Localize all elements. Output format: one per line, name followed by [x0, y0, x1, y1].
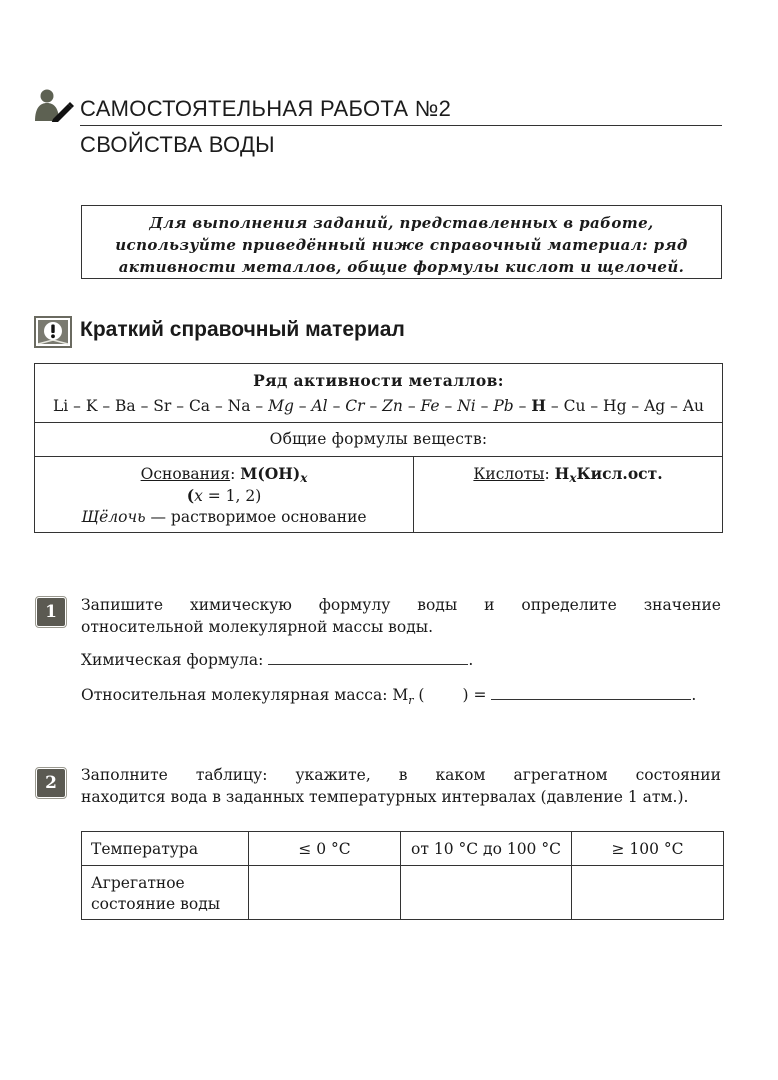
- metal-symbol: Ca: [189, 397, 210, 415]
- task-2-text: Заполнитетаблицу:укажите,вкакомагрегатно…: [81, 764, 721, 808]
- answer-cell[interactable]: [572, 866, 724, 920]
- task-number-badge: 1: [37, 598, 65, 626]
- word: Запишите: [81, 594, 163, 616]
- metal-symbol: Fe: [421, 397, 440, 415]
- series-separator: –: [210, 397, 228, 415]
- metal-symbol: Hg: [603, 397, 626, 415]
- paren-open: (: [414, 686, 425, 704]
- acids-formula: Кислоты: HxКисл.ост.: [414, 464, 722, 485]
- table-row: Агрегатное состояние воды: [82, 866, 724, 920]
- metal-symbol: Sr: [153, 397, 171, 415]
- instructions-line: Для выполнения заданий, представленных в…: [82, 212, 721, 234]
- table-header-row: Температура ≤ 0 °C от 10 °C до 100 °C ≥ …: [82, 832, 724, 866]
- table-header-cell: ≤ 0 °C: [249, 832, 401, 866]
- section-heading: Краткий справочный материал: [80, 318, 405, 342]
- answer-cell[interactable]: [249, 866, 401, 920]
- series-separator: –: [403, 397, 421, 415]
- word: и: [484, 594, 494, 616]
- word: укажите,: [295, 764, 370, 786]
- task-number-badge: 2: [37, 769, 65, 797]
- series-separator: –: [328, 397, 346, 415]
- metal-symbol: Pb: [493, 397, 513, 415]
- instructions-box: Для выполнения заданий, представленных в…: [81, 205, 722, 279]
- table-header-cell: от 10 °C до 100 °C: [401, 832, 572, 866]
- student-writing-icon: [33, 88, 75, 122]
- metal-symbol: Ni: [457, 397, 476, 415]
- metal-symbol: Mg: [268, 397, 294, 415]
- instructions-text: Для выполнения заданий, представленных в…: [82, 212, 721, 278]
- acids-cell: Кислоты: HxКисл.ост.: [414, 457, 722, 532]
- series-separator: –: [585, 397, 603, 415]
- reference-table: Ряд активности металлов: Li – K – Ba – S…: [34, 363, 723, 533]
- row-label-cell: Агрегатное состояние воды: [82, 866, 249, 920]
- formula-field-label: Химическая формула:: [81, 651, 263, 669]
- activity-series-caption: Ряд активности металлов:: [35, 371, 722, 390]
- title-divider: [80, 125, 722, 126]
- series-separator: –: [665, 397, 683, 415]
- metal-symbol: Na: [228, 397, 251, 415]
- bases-label: Основания: [141, 465, 230, 483]
- task-1-text: Запишитехимическуюформулуводыиопределите…: [81, 594, 721, 638]
- bases-subscript: x: [300, 471, 307, 485]
- answer-cell[interactable]: [401, 866, 572, 920]
- row-label-line: Агрегатное: [91, 873, 248, 894]
- instructions-line: активности металлов, общие формулы кисло…: [82, 256, 721, 278]
- task-2-line-1: Заполнитетаблицу:укажите,вкакомагрегатно…: [81, 764, 721, 786]
- formula-answer-blank[interactable]: [268, 650, 468, 665]
- activity-series: Li – K – Ba – Sr – Ca – Na – Mg – Al – C…: [35, 396, 722, 415]
- metal-symbol: H: [531, 396, 546, 415]
- series-separator: –: [68, 397, 86, 415]
- mass-field-label: Относительная молекулярная масса: M: [81, 686, 408, 704]
- word: Заполните: [81, 764, 168, 786]
- word: значение: [644, 594, 721, 616]
- colon: :: [230, 465, 240, 483]
- acids-label: Кислоты: [473, 465, 544, 483]
- period: .: [468, 651, 473, 669]
- metal-symbol: Ag: [644, 397, 665, 415]
- colon: :: [545, 465, 555, 483]
- series-separator: –: [97, 397, 115, 415]
- alkali-term: Щёлочь: [81, 508, 145, 526]
- instructions-line: используйте приведённый ниже справочный …: [82, 234, 721, 256]
- acids-formula-prefix: H: [555, 464, 570, 483]
- bases-formula-text: M(OH): [240, 464, 300, 483]
- water-state-table: Температура ≤ 0 °C от 10 °C до 100 °C ≥ …: [81, 831, 724, 920]
- metal-symbol: Cr: [345, 397, 364, 415]
- task-1-line-1: Запишитехимическуюформулуводыиопределите…: [81, 594, 721, 616]
- bases-formula: Основания: M(OH)x: [35, 464, 413, 485]
- period: .: [691, 686, 696, 704]
- paren-close: ) =: [462, 686, 491, 704]
- row-label-line: состояние воды: [91, 894, 248, 915]
- word: формулу: [319, 594, 391, 616]
- mass-answer-blank[interactable]: [491, 685, 691, 700]
- word: состоянии: [636, 764, 721, 786]
- task-2-line-2: находится вода в заданных температурных …: [81, 786, 721, 808]
- acids-formula-suffix: Кисл.ост.: [576, 464, 662, 483]
- alkali-definition: Щёлочь — растворимое основание: [35, 508, 413, 526]
- table-header-cell: ≥ 100 °C: [572, 832, 724, 866]
- metal-symbol: Zn: [382, 397, 403, 415]
- series-separator: –: [365, 397, 383, 415]
- metal-symbol: K: [86, 397, 98, 415]
- word: каком: [435, 764, 485, 786]
- page-title: САМОСТОЯТЕЛЬНАЯ РАБОТА №2: [80, 96, 451, 122]
- task-1-line-2: относительной молекулярной массы воды.: [81, 616, 721, 638]
- word: определите: [521, 594, 616, 616]
- word: в: [399, 764, 408, 786]
- word: воды: [417, 594, 457, 616]
- bases-condition: (x = 1, 2): [35, 486, 413, 505]
- metal-symbol: Cu: [564, 397, 586, 415]
- series-separator: –: [171, 397, 189, 415]
- series-separator: –: [627, 397, 645, 415]
- metal-symbol: Ba: [115, 397, 136, 415]
- bases-cell: Основания: M(OH)x (x = 1, 2) Щёлочь — ра…: [35, 457, 414, 532]
- activity-series-row: Ряд активности металлов: Li – K – Ba – S…: [35, 364, 722, 423]
- book-exclamation-icon: [34, 316, 72, 348]
- page-subtitle: СВОЙСТВА ВОДЫ: [80, 132, 275, 158]
- word: химическую: [190, 594, 292, 616]
- formula-field-row: Химическая формула: .: [81, 650, 473, 669]
- alkali-def: — растворимое основание: [146, 508, 367, 526]
- series-separator: –: [136, 397, 154, 415]
- series-separator: –: [294, 397, 312, 415]
- word: агрегатном: [513, 764, 607, 786]
- formulas-caption-row: Общие формулы веществ:: [35, 423, 722, 457]
- series-separator: –: [476, 397, 494, 415]
- table-header-cell: Температура: [82, 832, 249, 866]
- word: таблицу:: [196, 764, 268, 786]
- metal-symbol: Au: [683, 397, 704, 415]
- formulas-caption: Общие формулы веществ:: [35, 430, 722, 448]
- formulas-row: Основания: M(OH)x (x = 1, 2) Щёлочь — ра…: [35, 457, 722, 532]
- mass-field-row: Относительная молекулярная масса: Mr () …: [81, 685, 696, 707]
- series-separator: –: [514, 397, 532, 415]
- series-separator: –: [546, 397, 564, 415]
- metal-symbol: Al: [311, 397, 327, 415]
- series-separator: –: [250, 397, 268, 415]
- metal-symbol: Li: [53, 397, 68, 415]
- series-separator: –: [440, 397, 458, 415]
